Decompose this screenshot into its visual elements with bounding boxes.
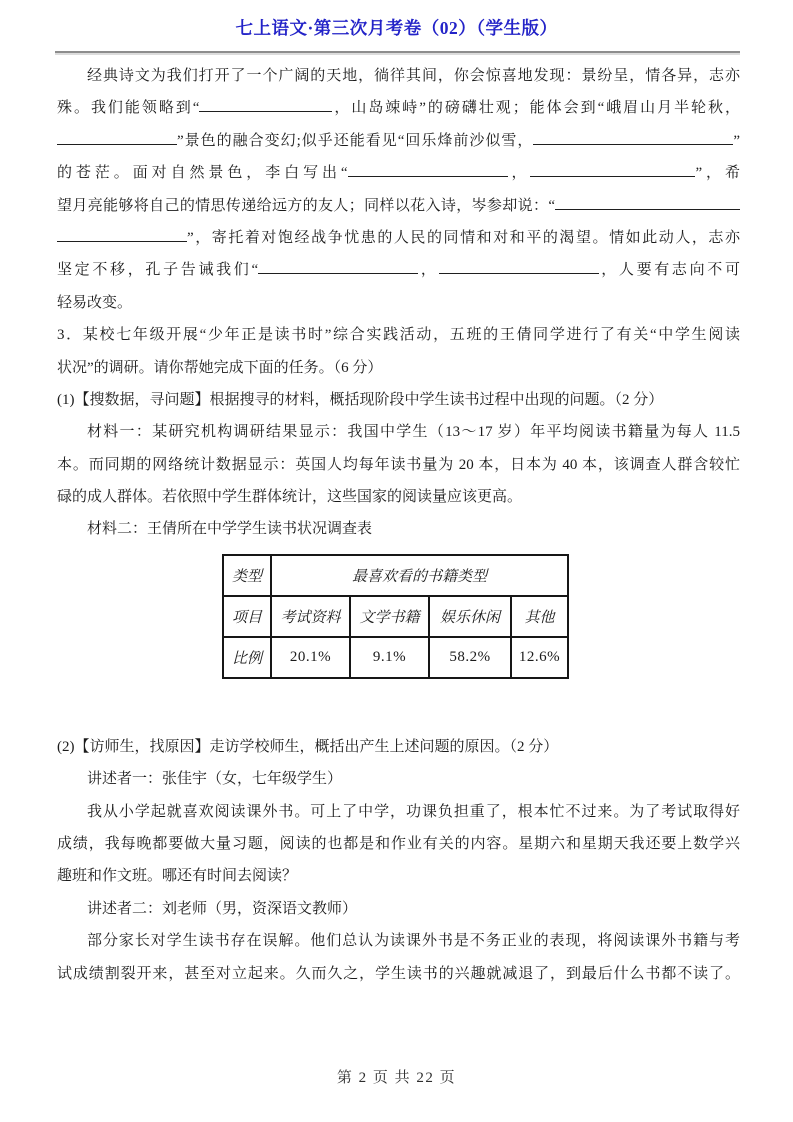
text-line: 3．某校七年级开展“少年正是读书时”综合实践活动，五班的王倩同学进行了有关“中学…: [57, 319, 740, 351]
table-cell-span-header: 最喜欢看的书籍类型: [271, 555, 568, 596]
text-segment: 3．某校七年级开展“少年正是读书时”综合实践活动，五班的王倩同学进行了有关“中学…: [57, 327, 740, 343]
text-segment: ，: [418, 262, 438, 278]
fill-in-blank-line: [530, 162, 695, 177]
text-segment: 望月亮能够将自己的情思传递给远方的友人；同样以花入诗，岑参却说：“: [57, 198, 555, 214]
text-line: 的苍茫。面对自然景色，李白写出“，”，希: [57, 157, 740, 189]
table-cell: 58.2%: [429, 637, 511, 678]
document-title: 七上语文·第三次月考卷（02）（学生版）: [0, 15, 793, 40]
table-row: 类型最喜欢看的书籍类型: [223, 555, 568, 596]
text-segment: ”: [733, 133, 740, 149]
fill-in-blank-line: [555, 195, 740, 210]
text-line: 材料一：某研究机构调研结果显示：我国中学生（13～17 岁）年平均阅读书籍量为每…: [57, 416, 740, 448]
text-line: 试成绩割裂开来，甚至对立起来。久而久之，学生读书的兴趣就减退了，到最后什么书都不…: [57, 958, 740, 990]
text-segment: 讲述者二：刘老师（男，资深语文教师）: [87, 901, 357, 917]
text-line: 殊。我们能领略到“，山岛竦峙”的磅礴壮观；能体会到“峨眉山月半轮秋，: [57, 92, 740, 124]
table-row: 项目考试资料文学书籍娱乐休闲其他: [223, 596, 568, 637]
table-cell: 文学书籍: [350, 596, 429, 637]
table-cell: 9.1%: [350, 637, 429, 678]
text-line: 轻易改变。: [57, 287, 740, 319]
text-line: 经典诗文为我们打开了一个广阔的天地，徜徉其间，你会惊喜地发现：景纷呈，情各异，志…: [57, 60, 740, 92]
text-line: 讲述者一：张佳宇（女，七年级学生）: [57, 763, 740, 795]
text-line: 望月亮能够将自己的情思传递给远方的友人；同样以花入诗，岑参却说：“，: [57, 190, 740, 222]
text-segment: 部分家长对学生读书存在误解。他们总认为读课外书是不务正业的表现，将阅读课外书籍与…: [87, 933, 740, 949]
text-line: ”景色的融合变幻;似乎还能看见“回乐烽前沙似雪，”: [57, 125, 740, 157]
table-cell: 娱乐休闲: [429, 596, 511, 637]
text-segment: ，: [508, 165, 531, 181]
text-segment: 的苍茫。面对自然景色，李白写出“: [57, 165, 348, 181]
text-segment: 趣班和作文班。哪还有时间去阅读？: [57, 868, 297, 884]
table-cell: 12.6%: [511, 637, 568, 678]
table-cell-corner-label: 类型: [223, 555, 271, 596]
text-segment: 本。而同期的网络统计数据显示：英国人均每年读书量为 20 本，日本为 40 本，…: [57, 457, 740, 473]
text-line: 坚定不移，孔子告诫我们“，，人要有志向不可: [57, 254, 740, 286]
text-segment: 坚定不移，孔子告诫我们“: [57, 262, 258, 278]
text-segment: 经典诗文为我们打开了一个广阔的天地，徜徉其间，你会惊喜地发现：景纷呈，情各异，志…: [87, 68, 740, 84]
text-segment: 碌的成人群体。若依照中学生群体统计，这些国家的阅读量应该更高。: [57, 489, 522, 505]
text-segment: (2)【访师生，找原因】走访学校师生，概括出产生上述问题的原因。（2 分）: [57, 739, 558, 755]
text-segment: 轻易改变。: [57, 295, 132, 311]
table-cell: 其他: [511, 596, 568, 637]
text-line: 状况”的调研。请你帮她完成下面的任务。（6 分）: [57, 352, 740, 384]
text-line: 本。而同期的网络统计数据显示：英国人均每年读书量为 20 本，日本为 40 本，…: [57, 449, 740, 481]
page-number: 第 2 页 共 22 页: [0, 1066, 793, 1087]
header-divider: [55, 51, 740, 53]
text-line: 成绩，我每晚都要做大量习题，阅读的也都是和作业有关的内容。星期六和星期天我还要上…: [57, 828, 740, 860]
text-segment: ，人要有志向不可: [599, 262, 740, 278]
text-line: ”，寄托着对饱经战争忧患的人民的同情和对和平的渴望。情如此动人，志亦: [57, 222, 740, 254]
fill-in-blank-line: [57, 227, 187, 242]
text-line: (1)【搜数据，寻问题】根据搜寻的材料，概括现阶段中学生读书过程中出现的问题。（…: [57, 384, 740, 416]
table-cell-row-label: 比例: [223, 637, 271, 678]
text-segment: 殊。我们能领略到“: [57, 100, 199, 116]
fill-in-blank-line: [348, 162, 508, 177]
text-segment: 材料二：王倩所在中学学生读书状况调查表: [87, 521, 372, 537]
table-cell: 20.1%: [271, 637, 350, 678]
text-segment: 成绩，我每晚都要做大量习题，阅读的也都是和作业有关的内容。星期六和星期天我还要上…: [57, 836, 740, 852]
fill-in-blank-line: [439, 259, 599, 274]
text-line: 趣班和作文班。哪还有时间去阅读？: [57, 860, 740, 892]
document-body: 经典诗文为我们打开了一个广阔的天地，徜徉其间，你会惊喜地发现：景纷呈，情各异，志…: [57, 60, 740, 990]
text-line: (2)【访师生，找原因】走访学校师生，概括出产生上述问题的原因。（2 分）: [57, 731, 740, 763]
fill-in-blank-line: [199, 97, 332, 112]
text-line: 我从小学起就喜欢阅读课外书。可上了中学，功课负担重了，根本忙不过来。为了考试取得…: [57, 796, 740, 828]
fill-in-blank-line: [57, 130, 177, 145]
document-page: 七上语文·第三次月考卷（02）（学生版） 经典诗文为我们打开了一个广阔的天地，徜…: [0, 0, 793, 1122]
fill-in-blank-line: [258, 259, 418, 274]
text-segment: (1)【搜数据，寻问题】根据搜寻的材料，概括现阶段中学生读书过程中出现的问题。（…: [57, 392, 663, 408]
text-line: 材料二：王倩所在中学学生读书状况调查表: [57, 513, 740, 545]
text-line: 碌的成人群体。若依照中学生群体统计，这些国家的阅读量应该更高。: [57, 481, 740, 513]
text-segment: 状况”的调研。请你帮她完成下面的任务。（6 分）: [57, 360, 382, 376]
fill-in-blank-line: [533, 130, 733, 145]
text-segment: 我从小学起就喜欢阅读课外书。可上了中学，功课负担重了，根本忙不过来。为了考试取得…: [87, 804, 740, 820]
text-line: 讲述者二：刘老师（男，资深语文教师）: [57, 893, 740, 925]
table-cell-row-label: 项目: [223, 596, 271, 637]
text-segment: ”景色的融合变幻;似乎还能看见“回乐烽前沙似雪，: [177, 133, 533, 149]
text-segment: 试成绩割裂开来，甚至对立起来。久而久之，学生读书的兴趣就减退了，到最后什么书都不…: [57, 966, 740, 982]
table-row: 比例20.1%9.1%58.2%12.6%: [223, 637, 568, 678]
table-cell: 考试资料: [271, 596, 350, 637]
reading-survey-table: 类型最喜欢看的书籍类型项目考试资料文学书籍娱乐休闲其他比例20.1%9.1%58…: [222, 554, 569, 679]
text-segment: ”，寄托着对饱经战争忧患的人民的同情和对和平的渴望。情如此动人，志亦: [187, 230, 740, 246]
text-segment: ”，希: [695, 165, 740, 181]
text-line: 部分家长对学生读书存在误解。他们总认为读课外书是不务正业的表现，将阅读课外书籍与…: [57, 925, 740, 957]
text-segment: ，山岛竦峙”的磅礴壮观；能体会到“峨眉山月半轮秋，: [332, 100, 740, 116]
text-segment: 材料一：某研究机构调研结果显示：我国中学生（13～17 岁）年平均阅读书籍量为每…: [87, 424, 740, 440]
text-segment: 讲述者一：张佳宇（女，七年级学生）: [87, 771, 342, 787]
